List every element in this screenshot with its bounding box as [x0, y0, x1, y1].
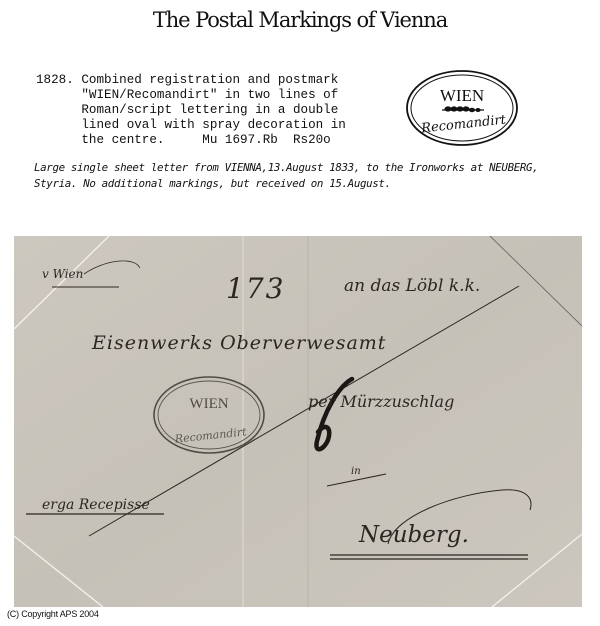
- reference-stamp-line2: Recomandirt: [420, 113, 508, 137]
- route-note: per Mürzzuschlag: [308, 392, 454, 411]
- description-line: 1828. Combined registration and postmark: [36, 73, 338, 87]
- description-line: "WIEN/Recomandirt" in two lines of: [36, 88, 338, 102]
- in-note: in: [351, 466, 361, 477]
- description-line: lined oval with spray decoration in: [36, 118, 346, 132]
- description-line: the centre. Mu 1697.Rb Rs20o: [36, 133, 331, 147]
- destination: Neuberg.: [359, 522, 469, 548]
- paper-texture: WIEN Recomandirt: [14, 236, 582, 607]
- address-line-1: an das Löbl k.k.: [344, 276, 480, 296]
- cover-letter-image: WIEN Recomandirt v Wien 173 an das Löbl …: [14, 236, 582, 607]
- docket-number: 173: [226, 272, 285, 305]
- page-title: The Postal Markings of Vienna: [0, 8, 600, 32]
- reference-postmark-illustration: WIEN Recomandirt: [404, 68, 520, 148]
- address-line-2: Eisenwerks Oberverwesamt: [92, 332, 386, 354]
- oval-postmark-icon: WIEN Recomandirt: [404, 68, 520, 148]
- reference-stamp-line1: WIEN: [440, 86, 484, 105]
- origin-note: v Wien: [42, 267, 83, 281]
- cover-caption: Large single sheet letter from VIENNA,13…: [34, 160, 554, 192]
- stamp-description: 1828. Combined registration and postmark…: [36, 73, 346, 148]
- cover-postmark-line1: WIEN: [189, 396, 228, 412]
- description-line: Roman/script lettering in a double: [36, 103, 338, 117]
- copyright-notice: (C) Copyright APS 2004: [7, 609, 99, 619]
- registration-note: erga Recepisse: [42, 497, 150, 513]
